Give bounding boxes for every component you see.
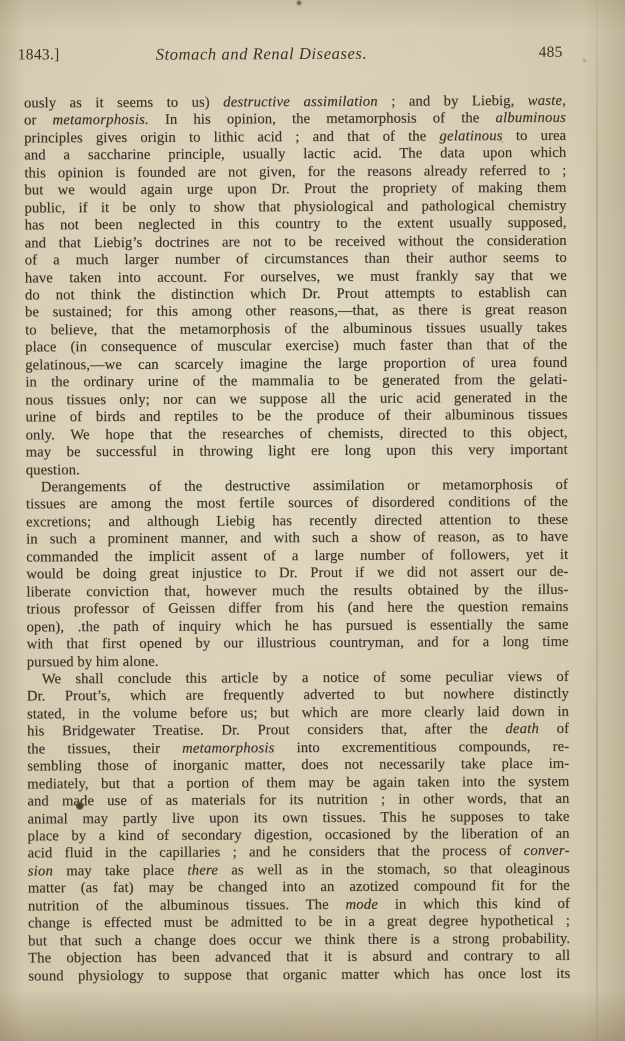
page-header: 1843.] Stomach and Renal Diseases. 485 — [18, 44, 563, 69]
text-line: but we would again urge upon Dr. Prout t… — [24, 180, 566, 200]
text-line: trious professor of Geissen differ from … — [26, 599, 568, 619]
text-line: urine of birds and reptiles to be the pr… — [25, 407, 567, 427]
text-line: sembling those of inorganic matter, does… — [27, 756, 569, 776]
text-line: with that first opened by our illustriou… — [27, 634, 569, 654]
page-number: 485 — [539, 44, 563, 62]
header-year: 1843.] — [18, 46, 60, 64]
text-line: of a much larger number of circumstances… — [25, 250, 567, 270]
running-title: Stomach and Renal Diseases. — [156, 44, 368, 65]
text-line: sound physiology to suppose that organic… — [28, 965, 570, 985]
scanned-book-page: 1843.] Stomach and Renal Diseases. 485 o… — [0, 0, 625, 1041]
text-line: The objection has been advanced that it … — [28, 948, 570, 968]
text-line: has not been neglected in this country t… — [25, 215, 567, 235]
page-content: 1843.] Stomach and Renal Diseases. 485 o… — [0, 0, 625, 1041]
text-line: and made use of as materials for its nut… — [27, 791, 569, 811]
text-line: would be doing great injustice to Dr. Pr… — [26, 564, 568, 584]
text-line: may be successful in throwing light ere … — [26, 442, 568, 462]
text-line: in the ordinary urine of the mammalia to… — [25, 372, 567, 392]
page-text: ously as it seems to us) destructive ass… — [24, 93, 570, 986]
